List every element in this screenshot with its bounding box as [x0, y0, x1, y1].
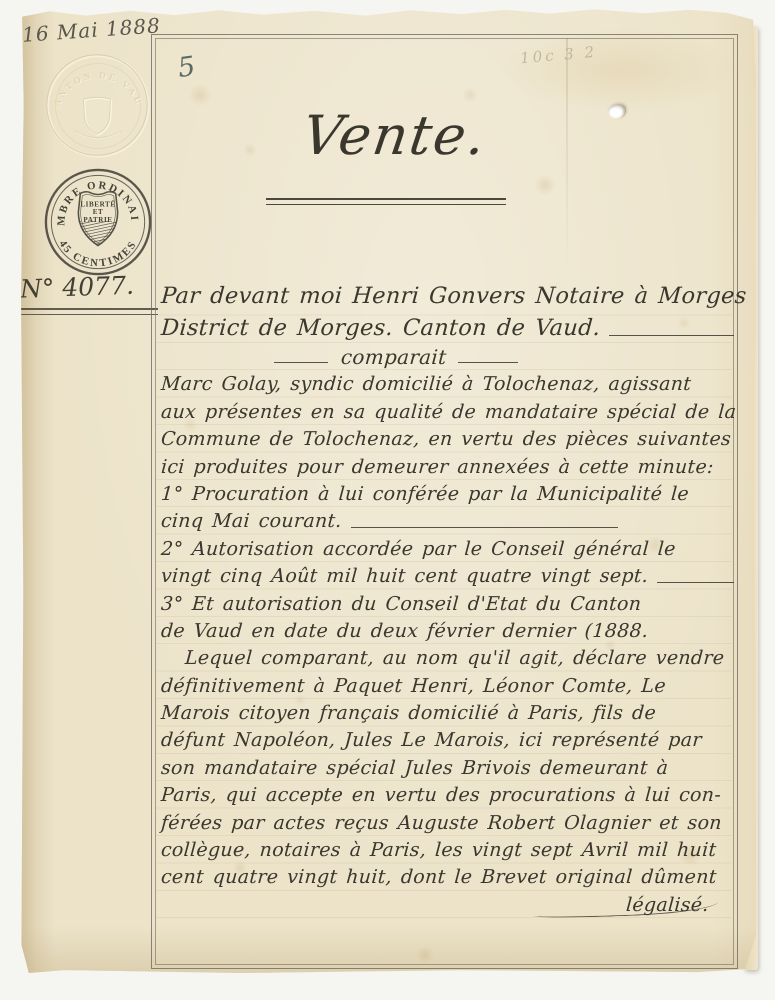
- inked-rule: [458, 362, 518, 363]
- document-line: collègue, notaires à Paris, les vingt se…: [160, 837, 736, 864]
- handwritten-text: définitivement à Paquet Henri, Léonor Co…: [160, 673, 667, 700]
- document-line: Lequel comparant, au nom qu'il agit, déc…: [160, 645, 736, 672]
- handwritten-text: collègue, notaires à Paris, les vingt se…: [160, 837, 717, 864]
- revenue-stamp: TIMBRE ORDINAIRE 45 CENTIMES LIBERTÉ ET …: [42, 166, 154, 278]
- document-line: défunt Napoléon, Jules Le Marois, ici re…: [160, 727, 736, 754]
- document-line: 2° Autorisation accordée par le Conseil …: [160, 536, 736, 563]
- handwritten-text: Par devant moi Henri Gonvers Notaire à M…: [160, 280, 748, 312]
- scanned-document-view: 16 Mai 1888 CANTON DE VAUD CANTON DE VAU…: [0, 0, 775, 1000]
- document-title: Vente.: [216, 104, 575, 167]
- document-line: 3° Et autorisation du Conseil d'Etat du …: [160, 591, 736, 618]
- handwritten-text: Lequel comparant, au nom qu'il agit, déc…: [184, 645, 725, 672]
- handwritten-text: défunt Napoléon, Jules Le Marois, ici re…: [160, 727, 703, 754]
- handwritten-text: District de Morges. Canton de Vaud.: [160, 312, 601, 344]
- document-line: vingt cinq Août mil huit cent quatre vin…: [160, 563, 736, 590]
- stamp-shield-line2: ET: [93, 208, 104, 216]
- handwritten-text: Paris, qui accepte en vertu des procurat…: [160, 782, 722, 809]
- handwritten-text: de Vaud en date du deux février dernier …: [160, 618, 649, 645]
- registry-number-underline: [10, 308, 158, 315]
- handwritten-text: cent quatre vingt huit, dont le Brevet o…: [160, 864, 718, 891]
- document-line: Commune de Tolochenaz, en vertu des pièc…: [160, 426, 736, 453]
- handwritten-text: Marois citoyen français domicilié à Pari…: [160, 700, 657, 727]
- seal-shield-shape: [84, 98, 111, 135]
- document-body: Par devant moi Henri Gonvers Notaire à M…: [160, 280, 736, 919]
- handwritten-text: 3° Et autorisation du Conseil d'Etat du …: [160, 591, 642, 618]
- document-line: Marois citoyen français domicilié à Pari…: [160, 700, 736, 727]
- document-line: son mandataire spécial Jules Brivois dem…: [160, 755, 736, 782]
- inked-rule: [609, 335, 734, 336]
- document-line: 1° Procuration à lui conférée par la Mun…: [160, 481, 736, 508]
- inked-rule: [274, 362, 328, 363]
- paper-sheet: 16 Mai 1888 CANTON DE VAUD CANTON DE VAU…: [20, 8, 756, 974]
- registry-number: N° 4077.: [20, 269, 171, 303]
- stamp-shield-line3: PATRIE: [83, 216, 112, 224]
- document-line: cinq Mai courant.: [160, 508, 736, 535]
- document-line: District de Morges. Canton de Vaud.: [160, 312, 736, 344]
- document-line: cent quatre vingt huit, dont le Brevet o…: [160, 864, 736, 891]
- inked-rule: [351, 527, 618, 528]
- document-line: Marc Golay, syndic domicilié à Tolochena…: [160, 371, 736, 398]
- document-line: Paris, qui accepte en vertu des procurat…: [160, 782, 736, 809]
- handwritten-text: férées par actes reçus Auguste Robert Ol…: [160, 810, 723, 837]
- handwritten-text: 1° Procuration à lui conférée par la Mun…: [160, 481, 690, 508]
- handwritten-text: cinq Mai courant.: [160, 508, 343, 535]
- embossed-canton-seal: CANTON DE VAUD CANTON DE VAUD: [42, 50, 154, 162]
- document-line: comparait: [108, 344, 684, 371]
- handwritten-text: Commune de Tolochenaz, en vertu des pièc…: [160, 426, 732, 453]
- document-line: aux présentes en sa qualité de mandatair…: [160, 399, 736, 426]
- document-line: de Vaud en date du deux février dernier …: [160, 618, 736, 645]
- handwritten-text: comparait: [340, 344, 447, 371]
- handwritten-text: vingt cinq Août mil huit cent quatre vin…: [160, 563, 649, 590]
- handwritten-text: ici produites pour demeurer annexées à c…: [160, 454, 715, 481]
- document-line: définitivement à Paquet Henri, Léonor Co…: [160, 673, 736, 700]
- handwritten-text: son mandataire spécial Jules Brivois dem…: [160, 755, 669, 782]
- handwritten-text: 2° Autorisation accordée par le Conseil …: [160, 536, 677, 563]
- stamp-shield-line1: LIBERTÉ: [80, 200, 115, 208]
- document-line: légalisé.: [160, 892, 736, 919]
- inked-rule: [657, 582, 734, 583]
- handwritten-date: 16 Mai 1888: [21, 13, 162, 47]
- document-line: Par devant moi Henri Gonvers Notaire à M…: [160, 280, 736, 312]
- handwritten-text: Marc Golay, syndic domicilié à Tolochena…: [160, 371, 692, 398]
- document-line: ici produites pour demeurer annexées à c…: [160, 454, 736, 481]
- title-underline: [266, 198, 506, 205]
- document-line: férées par actes reçus Auguste Robert Ol…: [160, 810, 736, 837]
- handwritten-text: aux présentes en sa qualité de mandatair…: [160, 399, 737, 426]
